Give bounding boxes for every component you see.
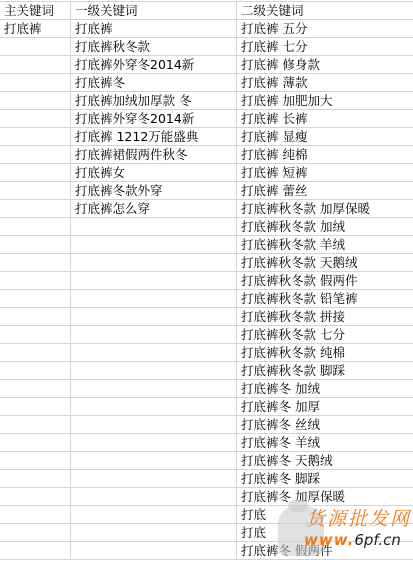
main-keyword-cell[interactable] (0, 38, 71, 56)
main-keyword-cell[interactable] (0, 236, 71, 254)
level1-keyword-cell[interactable] (71, 218, 237, 236)
table-row: 打底裤秋冬款 铅笔裤 (0, 290, 413, 308)
table-row: 打底裤秋冬款 脚踩 (0, 362, 413, 380)
level1-keyword-cell[interactable]: 打底裤裙假两件秋冬 (71, 146, 237, 164)
main-keyword-cell[interactable] (0, 326, 71, 344)
main-keyword-cell[interactable] (0, 92, 71, 110)
level1-keyword-cell[interactable] (71, 236, 237, 254)
main-keyword-cell[interactable] (0, 290, 71, 308)
level1-keyword-cell[interactable] (71, 254, 237, 272)
level2-keyword-cell[interactable]: 打底裤秋冬款 假两件 (237, 272, 413, 290)
table-row: 打底裤加绒加厚款 冬打底裤 加肥加大 (0, 92, 413, 110)
table-row: 打底裤秋冬款 七分 (0, 326, 413, 344)
main-keyword-cell[interactable] (0, 308, 71, 326)
level2-keyword-cell[interactable]: 打底裤 长裤 (237, 110, 413, 128)
level1-keyword-cell[interactable] (71, 434, 237, 452)
spreadsheet: 主关键词 一级关键词 二级关键词 打底裤打底裤打底裤 五分打底裤秋冬款打底裤 七… (0, 1, 413, 560)
main-keyword-cell[interactable] (0, 542, 71, 560)
table-row: 打底裤 1212万能盛典打底裤 显瘦 (0, 128, 413, 146)
table-row: 打底裤裙假两件秋冬打底裤 纯棉 (0, 146, 413, 164)
level1-keyword-cell[interactable] (71, 542, 237, 560)
level1-keyword-cell[interactable]: 打底裤冬款外穿 (71, 182, 237, 200)
table-row: 打底裤冬款外穿打底裤 蕾丝 (0, 182, 413, 200)
table-row: 打底 (0, 524, 413, 542)
main-keyword-cell[interactable] (0, 110, 71, 128)
level1-keyword-cell[interactable] (71, 488, 237, 506)
level2-keyword-cell[interactable]: 打底裤秋冬款 纯棉 (237, 344, 413, 362)
table-row: 打底裤冬 加厚 (0, 398, 413, 416)
header-cell-main-keyword[interactable]: 主关键词 (0, 2, 71, 20)
level1-keyword-cell[interactable]: 打底裤怎么穿 (71, 200, 237, 218)
level1-keyword-cell[interactable]: 打底裤加绒加厚款 冬 (71, 92, 237, 110)
level2-keyword-cell[interactable]: 打底裤冬 羊绒 (237, 434, 413, 452)
main-keyword-cell[interactable] (0, 272, 71, 290)
table-row: 打底裤冬 丝绒 (0, 416, 413, 434)
table-row: 打底裤冬 加厚保暖 (0, 488, 413, 506)
table-row: 打底裤冬 脚踩 (0, 470, 413, 488)
level2-keyword-cell[interactable]: 打底裤冬 丝绒 (237, 416, 413, 434)
main-keyword-cell[interactable] (0, 344, 71, 362)
level2-keyword-cell[interactable]: 打底裤冬 天鹅绒 (237, 452, 413, 470)
level2-keyword-cell[interactable]: 打底 (237, 524, 413, 542)
table-row: 打底裤冬 羊绒 (0, 434, 413, 452)
level1-keyword-cell[interactable] (71, 470, 237, 488)
table-row: 打底裤外穿冬2014新打底裤 长裤 (0, 110, 413, 128)
main-keyword-cell[interactable] (0, 488, 71, 506)
table-row: 打底 (0, 506, 413, 524)
level2-keyword-cell[interactable]: 打底 (237, 506, 413, 524)
main-keyword-cell[interactable] (0, 452, 71, 470)
table-row: 打底裤冬 加绒 (0, 380, 413, 398)
main-keyword-cell[interactable] (0, 506, 71, 524)
level1-keyword-cell[interactable] (71, 380, 237, 398)
level2-keyword-cell[interactable]: 打底裤秋冬款 七分 (237, 326, 413, 344)
main-keyword-cell[interactable]: 打底裤 (0, 20, 71, 38)
main-keyword-cell[interactable] (0, 200, 71, 218)
level1-keyword-cell[interactable]: 打底裤 (71, 20, 237, 38)
table-row: 打底裤秋冬款 羊绒 (0, 236, 413, 254)
level2-keyword-cell[interactable]: 打底裤 短裤 (237, 164, 413, 182)
level2-keyword-cell[interactable]: 打底裤 七分 (237, 38, 413, 56)
level1-keyword-cell[interactable]: 打底裤外穿冬2014新 (71, 56, 237, 74)
main-keyword-cell[interactable] (0, 74, 71, 92)
level2-keyword-cell[interactable]: 打底裤冬 加厚保暖 (237, 488, 413, 506)
level2-keyword-cell[interactable]: 打底裤秋冬款 羊绒 (237, 236, 413, 254)
level1-keyword-cell[interactable] (71, 524, 237, 542)
level1-keyword-cell[interactable] (71, 326, 237, 344)
level2-keyword-cell[interactable]: 打底裤秋冬款 拼接 (237, 308, 413, 326)
main-keyword-cell[interactable] (0, 434, 71, 452)
level1-keyword-cell[interactable] (71, 308, 237, 326)
level1-keyword-cell[interactable]: 打底裤外穿冬2014新 (71, 110, 237, 128)
level1-keyword-cell[interactable] (71, 272, 237, 290)
level2-keyword-cell[interactable]: 打底裤冬 加厚 (237, 398, 413, 416)
header-row: 主关键词 一级关键词 二级关键词 (0, 2, 413, 20)
level2-keyword-cell[interactable]: 打底裤冬 脚踩 (237, 470, 413, 488)
main-keyword-cell[interactable] (0, 56, 71, 74)
table-row: 打底裤冬打底裤 薄款 (0, 74, 413, 92)
level2-keyword-cell[interactable]: 打底裤 五分 (237, 20, 413, 38)
level1-keyword-cell[interactable] (71, 416, 237, 434)
level2-keyword-cell[interactable]: 打底裤 蕾丝 (237, 182, 413, 200)
table-row: 打底裤秋冬款打底裤 七分 (0, 38, 413, 56)
keyword-table: 主关键词 一级关键词 二级关键词 打底裤打底裤打底裤 五分打底裤秋冬款打底裤 七… (0, 1, 413, 560)
level1-keyword-cell[interactable]: 打底裤冬 (71, 74, 237, 92)
header-cell-level2-keyword[interactable]: 二级关键词 (237, 2, 413, 20)
level2-keyword-cell[interactable]: 打底裤秋冬款 脚踩 (237, 362, 413, 380)
main-keyword-cell[interactable] (0, 470, 71, 488)
main-keyword-cell[interactable] (0, 380, 71, 398)
main-keyword-cell[interactable] (0, 146, 71, 164)
table-row: 打底裤秋冬款 加绒 (0, 218, 413, 236)
level1-keyword-cell[interactable] (71, 398, 237, 416)
table-row: 打底裤冬 假两件 (0, 542, 413, 560)
level2-keyword-cell[interactable]: 打底裤秋冬款 加绒 (237, 218, 413, 236)
level2-keyword-cell[interactable]: 打底裤 薄款 (237, 74, 413, 92)
level1-keyword-cell[interactable] (71, 290, 237, 308)
main-keyword-cell[interactable] (0, 362, 71, 380)
level2-keyword-cell[interactable]: 打底裤秋冬款 天鹅绒 (237, 254, 413, 272)
main-keyword-cell[interactable] (0, 128, 71, 146)
header-cell-level1-keyword[interactable]: 一级关键词 (71, 2, 237, 20)
level1-keyword-cell[interactable] (71, 362, 237, 380)
level1-keyword-cell[interactable]: 打底裤秋冬款 (71, 38, 237, 56)
main-keyword-cell[interactable] (0, 182, 71, 200)
level2-keyword-cell[interactable]: 打底裤 纯棉 (237, 146, 413, 164)
table-row: 打底裤秋冬款 拼接 (0, 308, 413, 326)
level1-keyword-cell[interactable] (71, 506, 237, 524)
level1-keyword-cell[interactable] (71, 344, 237, 362)
table-row: 打底裤外穿冬2014新打底裤 修身款 (0, 56, 413, 74)
main-keyword-cell[interactable] (0, 254, 71, 272)
main-keyword-cell[interactable] (0, 398, 71, 416)
level2-keyword-cell[interactable]: 打底裤 加肥加大 (237, 92, 413, 110)
table-row: 打底裤秋冬款 纯棉 (0, 344, 413, 362)
main-keyword-cell[interactable] (0, 164, 71, 182)
level2-keyword-cell[interactable]: 打底裤 修身款 (237, 56, 413, 74)
level1-keyword-cell[interactable]: 打底裤 1212万能盛典 (71, 128, 237, 146)
table-row: 打底裤冬 天鹅绒 (0, 452, 413, 470)
table-row: 打底裤秋冬款 假两件 (0, 272, 413, 290)
table-row: 打底裤秋冬款 天鹅绒 (0, 254, 413, 272)
level2-keyword-cell[interactable]: 打底裤秋冬款 铅笔裤 (237, 290, 413, 308)
level2-keyword-cell[interactable]: 打底裤冬 加绒 (237, 380, 413, 398)
level2-keyword-cell[interactable]: 打底裤冬 假两件 (237, 542, 413, 560)
level1-keyword-cell[interactable] (71, 452, 237, 470)
level2-keyword-cell[interactable]: 打底裤 显瘦 (237, 128, 413, 146)
main-keyword-cell[interactable] (0, 524, 71, 542)
table-row: 打底裤女打底裤 短裤 (0, 164, 413, 182)
level2-keyword-cell[interactable]: 打底裤秋冬款 加厚保暖 (237, 200, 413, 218)
main-keyword-cell[interactable] (0, 218, 71, 236)
main-keyword-cell[interactable] (0, 416, 71, 434)
table-row: 打底裤怎么穿打底裤秋冬款 加厚保暖 (0, 200, 413, 218)
level1-keyword-cell[interactable]: 打底裤女 (71, 164, 237, 182)
table-row: 打底裤打底裤打底裤 五分 (0, 20, 413, 38)
